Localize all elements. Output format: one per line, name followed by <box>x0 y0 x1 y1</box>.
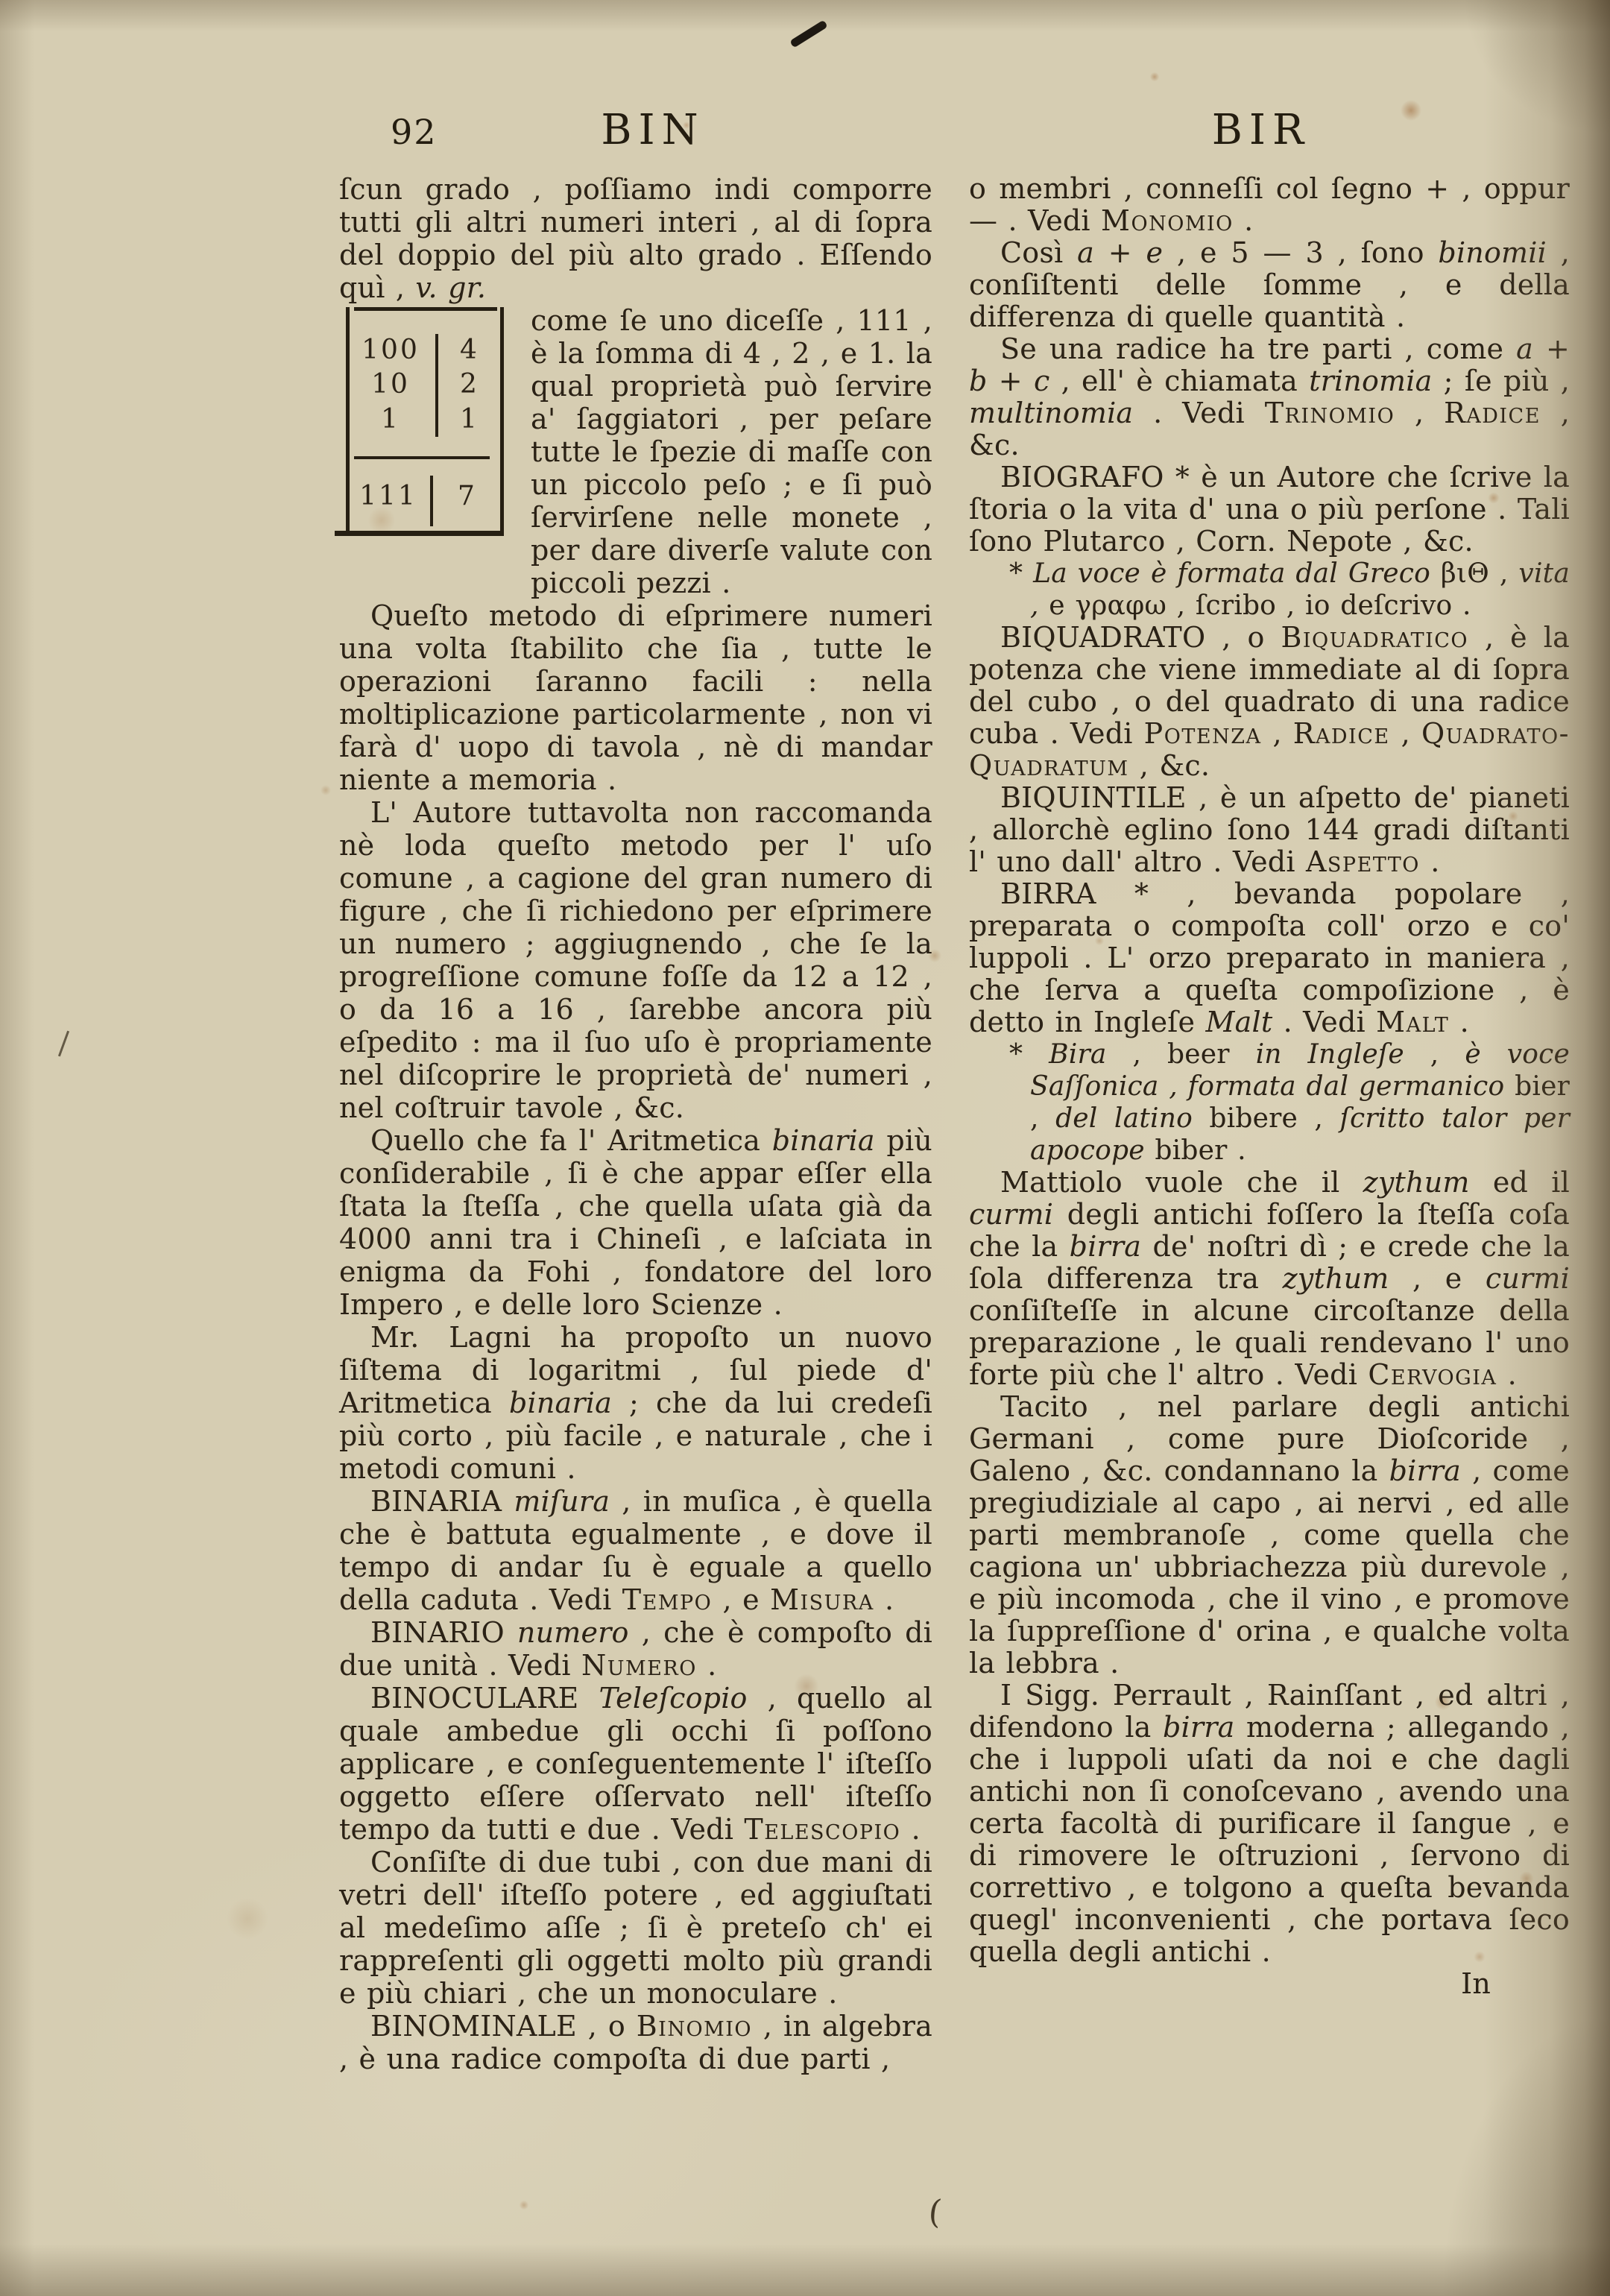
text-run: binaria <box>509 1387 612 1419</box>
table-cell: 2 <box>440 371 499 398</box>
text-run: Telescopio <box>744 1813 900 1846</box>
text-run: . <box>1497 1358 1517 1391</box>
text-run: Malt <box>1206 1006 1273 1038</box>
text-run: numero <box>517 1616 629 1649</box>
text-run: Misura <box>770 1583 874 1616</box>
text-run: trinomia <box>1309 365 1432 397</box>
text-run: curmi <box>1486 1262 1570 1295</box>
text-run: , ell' è chiamata <box>1049 365 1309 397</box>
entry-paragraph: Mr. Lagni ha propoſto un nuovo ſiſtema d… <box>339 1321 932 1485</box>
text-run: Trinomio <box>1265 397 1395 429</box>
entry-paragraph: Se una radice ha tre parti , come a + b … <box>969 333 1570 461</box>
entry-paragraph: Mattiolo vuole che il zythum ed il curmi… <box>969 1167 1570 1391</box>
text-run: Così <box>1000 236 1077 269</box>
entry-paragraph: Conſiſte di due tubi , con due mani di v… <box>339 1846 932 2010</box>
text-run: BINOCULARE <box>370 1682 599 1715</box>
text-run: . <box>1449 1006 1469 1038</box>
text-run: . <box>697 1649 717 1682</box>
table-cell: 4 <box>440 337 499 364</box>
scanned-book-page: 92 BIN BIR ſcun grado , poſſiamo indi co… <box>0 0 1610 2296</box>
text-run: , beer <box>1107 1039 1256 1070</box>
text-run: + <box>1094 236 1146 269</box>
text-run: * <box>1009 558 1033 589</box>
text-run: Teleſcopio <box>599 1682 748 1715</box>
table-right-rule <box>500 307 504 536</box>
entry-paragraph: I Sigg. Perrault , Rainſſant , ed altri … <box>969 1680 1570 1968</box>
right-column-paragraphs: o membri , conneſſi col ſegno + , oppur … <box>969 173 1570 1968</box>
table-top-rule <box>354 307 497 311</box>
text-run: , <box>1390 717 1421 750</box>
entry-paragraph: BINARIO numero , che è compoſto di due u… <box>339 1616 932 1682</box>
entry-paragraph: BIQUINTILE , è un aſpetto de' pianeti , … <box>969 782 1570 878</box>
text-run: Cervogia <box>1368 1358 1497 1391</box>
text-run: , <box>1261 717 1292 750</box>
table-cell: 100 <box>349 337 432 364</box>
text-run: BINARIO <box>370 1616 517 1649</box>
text-run: del latino <box>1055 1103 1193 1134</box>
entry-paragraph: come ſe uno diceſſe , 111 , è la ſomma d… <box>531 304 932 599</box>
text-run: Conſiſte di due tubi , con due mani di v… <box>339 1846 932 2010</box>
footnote-paragraph: * La voce è formata dal Greco βιΘ , vita… <box>1030 558 1570 622</box>
text-run: multinomia <box>969 397 1133 429</box>
text-run: Quello che fa l' Aritmetica <box>370 1124 772 1157</box>
text-run: , e <box>1389 1262 1486 1295</box>
text-run: Binomio <box>637 2010 752 2043</box>
ink-smudge-mark <box>789 20 828 48</box>
footnote-paragraph: * Bira , beer in Ingleſe , è voce Saſſon… <box>1030 1038 1570 1167</box>
text-run: Radice <box>1444 397 1541 429</box>
text-run: binaria <box>772 1124 875 1157</box>
text-run: birra <box>1163 1711 1234 1744</box>
text-run: Potenza <box>1144 717 1262 750</box>
table-cell: 10 <box>349 371 432 398</box>
entry-paragraph: Quello che fa l' Aritmetica binaria più … <box>339 1124 932 1321</box>
text-run: BIOGRAFO * è un Autore che ſcrive la ſto… <box>969 461 1570 558</box>
text-run: o membri , conneſſi col ſegno + , oppur … <box>969 172 1570 237</box>
table-cell: 111 <box>349 483 428 510</box>
margin-pen-mark <box>58 1031 69 1057</box>
text-run: biber . <box>1145 1135 1246 1166</box>
table-cell: 7 <box>435 483 499 510</box>
table-cell: 1 <box>440 406 499 433</box>
text-run: Se una radice ha tre parti , come <box>1000 332 1516 365</box>
text-run: birra <box>1389 1454 1461 1487</box>
text-run: curmi <box>969 1198 1053 1231</box>
text-run: zythum <box>1283 1262 1389 1295</box>
text-run: BINARIA <box>370 1485 514 1518</box>
text-run: come ſe uno diceſſe , 111 , è la ſomma d… <box>531 304 932 599</box>
right-column: o membri , conneſſi col ſegno + , oppur … <box>969 173 1570 2000</box>
entry-paragraph: Tacito , nel parlare degli antichi Germa… <box>969 1391 1570 1680</box>
catchword: In <box>969 1968 1570 2000</box>
text-run: miſura <box>514 1485 610 1518</box>
table-bottom-rule <box>335 531 503 536</box>
text-run: e γραφω , ſcribo , io deſcrivo . <box>1039 590 1471 621</box>
text-run: b <box>969 365 988 397</box>
text-run: BINOMINALE , o <box>370 2010 637 2043</box>
text-run: c <box>1034 365 1049 397</box>
table-sum-col-rule <box>430 476 433 526</box>
entry-paragraph: BINOMINALE , o Binomio , in algebra , è … <box>339 2010 932 2075</box>
text-run: . <box>1234 204 1254 237</box>
text-run: Numero <box>581 1649 697 1682</box>
table-sum-rule <box>354 456 490 459</box>
text-run: e <box>1146 236 1164 269</box>
text-run: in Ingleſe <box>1256 1039 1404 1070</box>
text-run: Monomio <box>1101 204 1234 237</box>
text-run: a <box>1077 236 1094 269</box>
entry-paragraph: Così a + e , e 5 — 3 , ſono binomii , co… <box>969 237 1570 333</box>
running-head-left: BIN <box>601 106 705 154</box>
text-run: ed il <box>1470 1166 1570 1199</box>
text-run: BIQUADRATO , o <box>1000 621 1281 654</box>
text-run: Queſto metodo di eſprimere numeri una vo… <box>339 599 932 796</box>
page-number: 92 <box>391 112 438 152</box>
entry-paragraph: L' Autore tuttavolta non raccomanda nè l… <box>339 796 932 1124</box>
text-run: zythum <box>1363 1166 1470 1199</box>
entry-paragraph: BINARIA miſura , in muſica , è quella ch… <box>339 1485 932 1616</box>
left-column: ſcun grado , poſſiamo indi comporre tutt… <box>339 173 932 2075</box>
text-run: La voce è formata dal Greco <box>1033 558 1441 589</box>
entry-paragraph: BIRRA * , bevanda popolare , preparata o… <box>969 878 1570 1038</box>
text-run: Radice <box>1293 717 1390 750</box>
table-and-text-row: 1004102111117 come ſe uno diceſſe , 111 … <box>339 304 932 599</box>
text-run: L' Autore tuttavolta non raccomanda nè l… <box>339 796 932 1124</box>
text-run: , <box>1395 397 1444 429</box>
entry-paragraph: BINOCULARE Teleſcopio , quello al quale … <box>339 1682 932 1846</box>
left-column-paragraphs: Queſto metodo di eſprimere numeri una vo… <box>339 599 932 2075</box>
entry-paragraph: Queſto metodo di eſprimere numeri una vo… <box>339 599 932 796</box>
text-run: + <box>988 365 1034 397</box>
binary-weights-table: 1004102111117 <box>346 307 504 536</box>
entry-paragraph: ſcun grado , poſſiamo indi comporre tutt… <box>339 173 932 304</box>
text-run: binomii <box>1438 236 1547 269</box>
text-run: . <box>900 1813 921 1846</box>
text-run: Biquadratico <box>1281 621 1468 654</box>
text-run: bibere , <box>1193 1103 1340 1134</box>
entry-paragraph: o membri , conneſſi col ſegno + , oppur … <box>969 173 1570 237</box>
stray-paren-mark: ( <box>926 2192 943 2232</box>
text-run: , come pregiudiziale al capo , ai nervi … <box>969 1454 1570 1680</box>
text-run: . Vedi <box>1133 397 1264 429</box>
text-run: . <box>1420 845 1440 878</box>
table-cell: 1 <box>349 406 432 433</box>
text-run: Malt <box>1376 1006 1449 1038</box>
running-head-right: BIR <box>1209 106 1313 154</box>
text-run: birra <box>1070 1230 1141 1263</box>
text-run: βιΘ , <box>1441 558 1518 589</box>
text-run: Aspetto <box>1306 845 1420 878</box>
text-run: . <box>874 1583 894 1616</box>
entry-paragraph: BIOGRAFO * è un Autore che ſcrive la ſto… <box>969 461 1570 558</box>
text-run: , e <box>712 1583 770 1616</box>
text-run: * <box>1009 1039 1049 1070</box>
text-run: v. gr. <box>415 271 486 304</box>
text-run: moderna ; allegando , che i luppoli uſat… <box>969 1711 1570 1968</box>
text-run: , e 5 — 3 , ſono <box>1163 236 1438 269</box>
text-run: , &c. <box>1128 749 1210 782</box>
text-run: Tempo <box>622 1583 713 1616</box>
text-run: BIQUINTILE , è un aſpetto de' pianeti , … <box>969 781 1570 878</box>
table-column-rule <box>435 334 438 437</box>
text-run: ; ſe più , <box>1433 365 1570 397</box>
text-run: . Vedi <box>1272 1006 1376 1038</box>
text-run: Mattiolo vuole che il <box>1000 1166 1363 1199</box>
entry-paragraph: BIQUADRATO , o Biquadratico , è la poten… <box>969 622 1570 782</box>
text-run: + <box>1533 332 1570 365</box>
text-run: , <box>1404 1039 1465 1070</box>
text-run: Bira <box>1049 1039 1106 1070</box>
text-run: a <box>1516 332 1533 365</box>
